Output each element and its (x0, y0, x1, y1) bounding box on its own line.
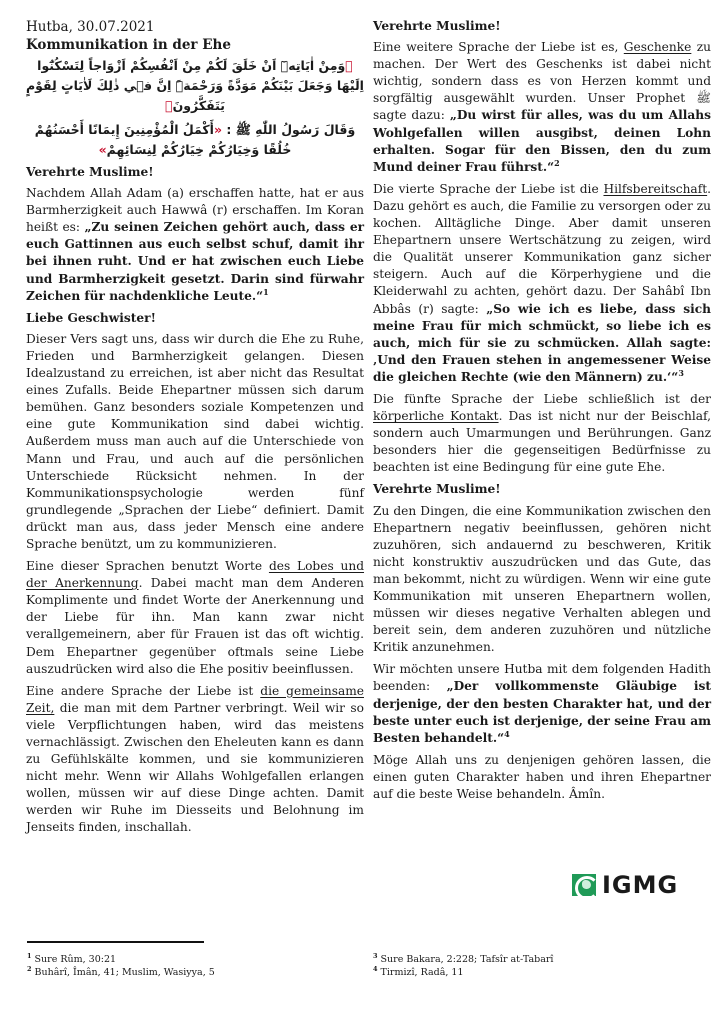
paragraph: Eine weitere Sprache der Liebe ist es, G… (373, 39, 711, 176)
paragraph: Eine dieser Sprachen benutzt Worte des L… (26, 558, 364, 678)
footnotes-right: 3 Sure Bakara, 2:228; Tafsîr at-Tabarî 4… (373, 953, 553, 979)
paragraph-text: Die fünfte Sprache der Liebe schließlich… (373, 392, 711, 406)
right-column: Verehrte Muslime! Eine weitere Sprache d… (373, 18, 711, 808)
footnote-ref: 1 (263, 287, 269, 297)
left-column: Hutba, 30.07.2021 Kommunikation in der E… (26, 18, 364, 842)
paragraph: Nachdem Allah Adam (a) erschaffen hatte,… (26, 185, 364, 305)
paragraph-text: die man mit dem Partner verbringt. Weil … (26, 701, 364, 835)
date-line: Hutba, 30.07.2021 (26, 18, 364, 36)
paragraph: Möge Allah uns zu denjenigen gehören las… (373, 752, 711, 803)
footnote-text: Sure Bakara, 2:228; Tafsîr at-Tabarî (378, 954, 554, 965)
section-heading: Liebe Geschwister! (26, 310, 364, 327)
paragraph-text: . Dazu gehört es auch, die Familie zu ve… (373, 182, 711, 316)
footnote-text: Sure Rûm, 30:21 (32, 954, 117, 965)
paragraph: Zu den Dingen, die eine Kommunikation zw… (373, 503, 711, 657)
footnote: 1 Sure Rûm, 30:21 (27, 953, 215, 966)
paragraph-text: Eine dieser Sprachen benutzt Worte (26, 559, 269, 573)
paragraph: Eine andere Sprache der Liebe ist die ge… (26, 683, 364, 837)
footnote: 3 Sure Bakara, 2:228; Tafsîr at-Tabarî (373, 953, 553, 966)
paragraph: Die vierte Sprache der Liebe ist die Hil… (373, 181, 711, 386)
footnote: 4 Tirmizî, Radâ, 11 (373, 966, 553, 979)
hadith-intro: وَقَالَ رَسُولُ اللّٰهِ ﷺ : (226, 122, 355, 137)
footnote-text: Buhârî, Îmân, 41; Muslim, Wasiyya, 5 (32, 967, 215, 978)
footnotes-left: 1 Sure Rûm, 30:21 2 Buhârî, Îmân, 41; Mu… (27, 953, 215, 979)
underlined-term: körperliche Kontakt (373, 409, 499, 423)
footnote-ref: 4 (504, 729, 510, 739)
hadith-open-bracket: « (214, 122, 222, 137)
verse-close-bracket: ﴾ (165, 98, 173, 113)
verse-text: وَمِنْ اٰيَاتِه۪ٓ اَنْ خَلَقَ لَكُمْ مِن… (26, 58, 364, 113)
underlined-term: Geschenke (624, 40, 692, 54)
paragraph-text: Eine weitere Sprache der Liebe ist es, (373, 40, 624, 54)
section-heading: Verehrte Muslime! (26, 164, 364, 181)
footnote-ref: 3 (678, 368, 684, 378)
footnote-ref: 2 (554, 158, 560, 168)
paragraph-text: Eine andere Sprache der Liebe ist (26, 684, 260, 698)
section-heading: Verehrte Muslime! (373, 18, 711, 35)
arabic-hadith: وَقَالَ رَسُولُ اللّٰهِ ﷺ : «أَكْمَلُ ال… (26, 120, 364, 160)
hutba-page: Hutba, 30.07.2021 Kommunikation in der E… (0, 0, 724, 1024)
paragraph: Dieser Vers sagt uns, dass wir durch die… (26, 331, 364, 553)
footnote-text: Tirmizî, Radâ, 11 (378, 967, 464, 978)
page-title: Kommunikation in der Ehe (26, 36, 364, 54)
crescent-map-icon (572, 874, 596, 896)
section-heading: Verehrte Muslime! (373, 481, 711, 498)
igmg-logo: IGMG (572, 873, 678, 897)
footnote: 2 Buhârî, Îmân, 41; Muslim, Wasiyya, 5 (27, 966, 215, 979)
hadith-close-bracket: » (99, 142, 107, 157)
paragraph: Wir möchten unsere Hutba mit dem folgend… (373, 661, 711, 746)
logo-text: IGMG (602, 873, 678, 897)
arabic-verse: ﴿وَمِنْ اٰيَاتِه۪ٓ اَنْ خَلَقَ لَكُمْ مِ… (26, 56, 364, 116)
paragraph: Die fünfte Sprache der Liebe schließlich… (373, 391, 711, 476)
paragraph-text: . Dabei macht man dem Anderen Kompliment… (26, 576, 364, 675)
paragraph-text: Die vierte Sprache der Liebe ist die (373, 182, 603, 196)
verse-open-bracket: ﴿ (345, 58, 353, 73)
underlined-term: Hilfsbereitschaft (603, 182, 707, 196)
footnote-divider (27, 941, 204, 943)
